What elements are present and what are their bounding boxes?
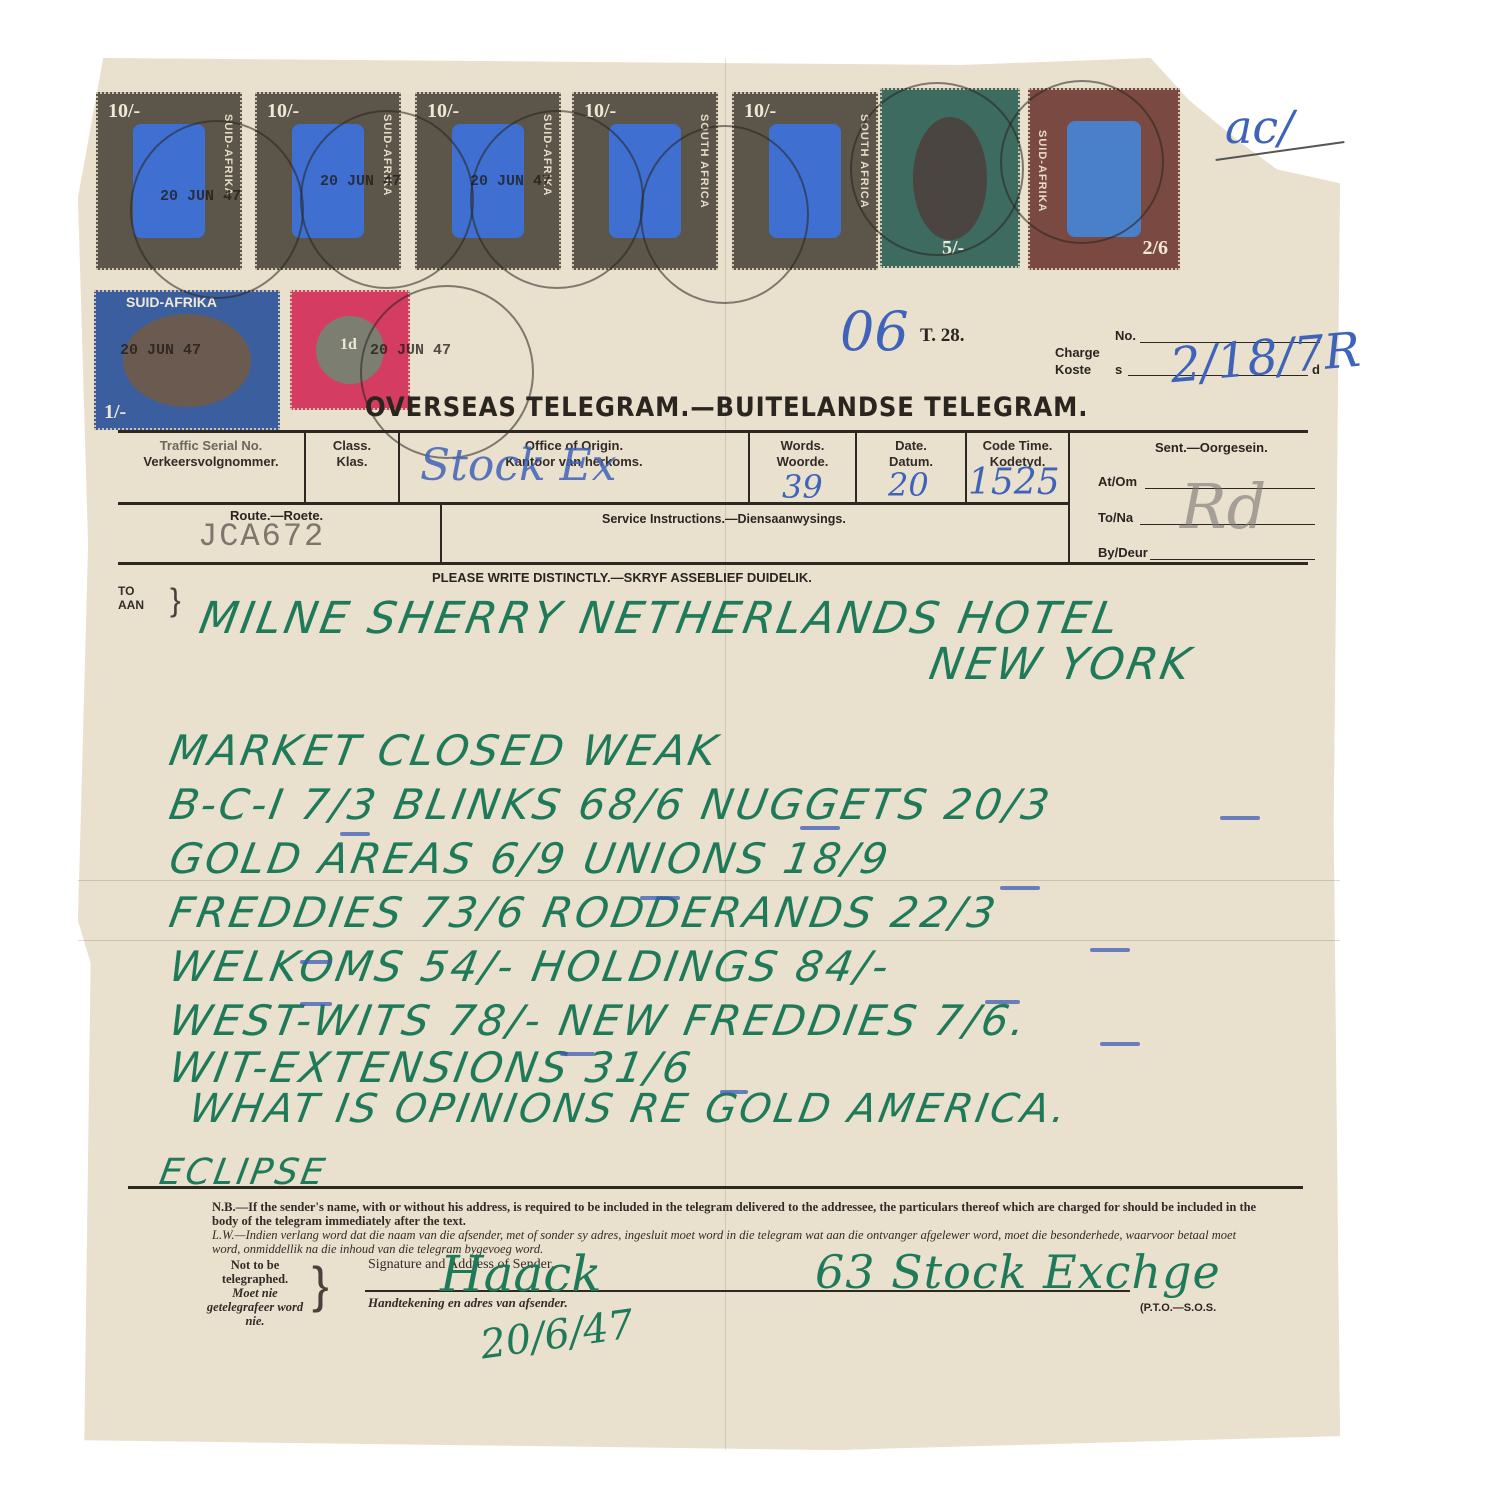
check-mark — [1220, 816, 1260, 820]
check-mark — [1000, 886, 1040, 890]
check-mark — [560, 1052, 595, 1056]
message-line: WEST-WITS 78/- NEW FREDDIES 7/6. — [165, 994, 1056, 1048]
not-telegraphed-note: Not to be telegraphed. Moet nie getelegr… — [200, 1258, 310, 1328]
postmark — [300, 110, 474, 289]
rule — [118, 562, 1308, 565]
message-line: WELKOMS 54/- HOLDINGS 84/- — [165, 940, 1056, 994]
postmark — [470, 110, 644, 289]
check-mark — [1090, 948, 1130, 952]
shilling-label: s — [1115, 362, 1122, 377]
check-mark — [300, 960, 332, 964]
date-value: 20 — [888, 466, 929, 504]
write-distinctly-note: PLEASE WRITE DISTINCTLY.—SKRYF ASSEBLIEF… — [432, 570, 812, 585]
field-traffic-serial: Traffic Serial No.Verkeersvolgnommer. — [118, 438, 304, 470]
service-instructions-label: Service Instructions.—Diensaanwysings. — [602, 512, 846, 526]
handwritten-ac: ac/ — [1225, 100, 1294, 154]
brace-icon: } — [312, 1256, 329, 1314]
rule — [128, 1186, 1303, 1189]
check-mark — [640, 896, 680, 900]
rule — [118, 430, 1308, 433]
at-label: At/Om — [1098, 474, 1137, 489]
to-label: TOAAN — [118, 584, 144, 612]
postmark — [1000, 80, 1164, 244]
route-value: JCA672 — [198, 518, 325, 555]
sender-signature: Haack — [440, 1245, 602, 1303]
koste-label: Koste — [1055, 362, 1091, 377]
charge-label: Charge — [1055, 345, 1100, 360]
message-line: MARKET CLOSED WEAK — [165, 724, 1056, 778]
message-line: GOLD AREAS 6/9 UNIONS 18/9 — [165, 832, 1056, 886]
check-mark — [340, 832, 370, 836]
field-words: Words.Woorde. — [750, 438, 855, 470]
form-number: T. 28. — [920, 325, 965, 347]
message-body: MARKET CLOSED WEAK B-C-I 7/3 BLINKS 68/6… — [170, 724, 1051, 1130]
field-class: Class.Klas. — [306, 438, 398, 470]
check-mark — [1100, 1042, 1140, 1046]
check-mark — [985, 1000, 1020, 1004]
form-title: OVERSEAS TELEGRAM.—BUITELANDSE TELEGRAM. — [365, 392, 1088, 423]
code-time-value: 1525 — [968, 462, 1060, 503]
postmark — [850, 82, 1024, 256]
by-line — [1150, 559, 1315, 560]
pto-note: (P.T.O.—S.O.S. — [1140, 1302, 1216, 1314]
message-line: WHAT IS OPINIONS RE GOLD AMERICA. — [186, 1088, 1075, 1130]
handwritten-06: 06 — [840, 300, 909, 363]
brace-icon: } — [170, 582, 181, 619]
pencil-initials: Rd — [1180, 470, 1266, 543]
sender-address: 63 Stock Exchge — [815, 1245, 1221, 1299]
postmark — [130, 120, 304, 299]
check-mark — [300, 1002, 332, 1006]
sender-code: ECLIPSE — [156, 1150, 331, 1196]
address-line-1: MILNE SHERRY NETHERLANDS HOTEL — [196, 596, 1124, 642]
sent-label: Sent.—Oorgesein. — [1155, 440, 1268, 455]
message-line: B-C-I 7/3 BLINKS 68/6 NUGGETS 20/3 — [165, 778, 1056, 832]
by-label: By/Deur — [1098, 545, 1148, 560]
postmark — [640, 125, 809, 304]
words-value: 39 — [782, 468, 823, 506]
check-mark — [720, 1090, 748, 1094]
check-mark — [800, 826, 840, 830]
address-line-2: NEW YORK — [926, 642, 1196, 688]
stamp-1s: SUID-AFRIKA 1/- — [94, 290, 280, 430]
to-label: To/Na — [1098, 510, 1133, 525]
rule — [440, 504, 442, 562]
no-label: No. — [1115, 328, 1136, 343]
office-of-origin-value: Stock Ex — [420, 440, 617, 491]
message-line: WIT-EXTENSIONS 31/6 — [166, 1048, 1054, 1088]
nb-english: N.B.—If the sender's name, with or witho… — [212, 1200, 1262, 1228]
message-line: FREDDIES 73/6 RODDERANDS 22/3 — [165, 886, 1056, 940]
rule — [1068, 430, 1070, 562]
